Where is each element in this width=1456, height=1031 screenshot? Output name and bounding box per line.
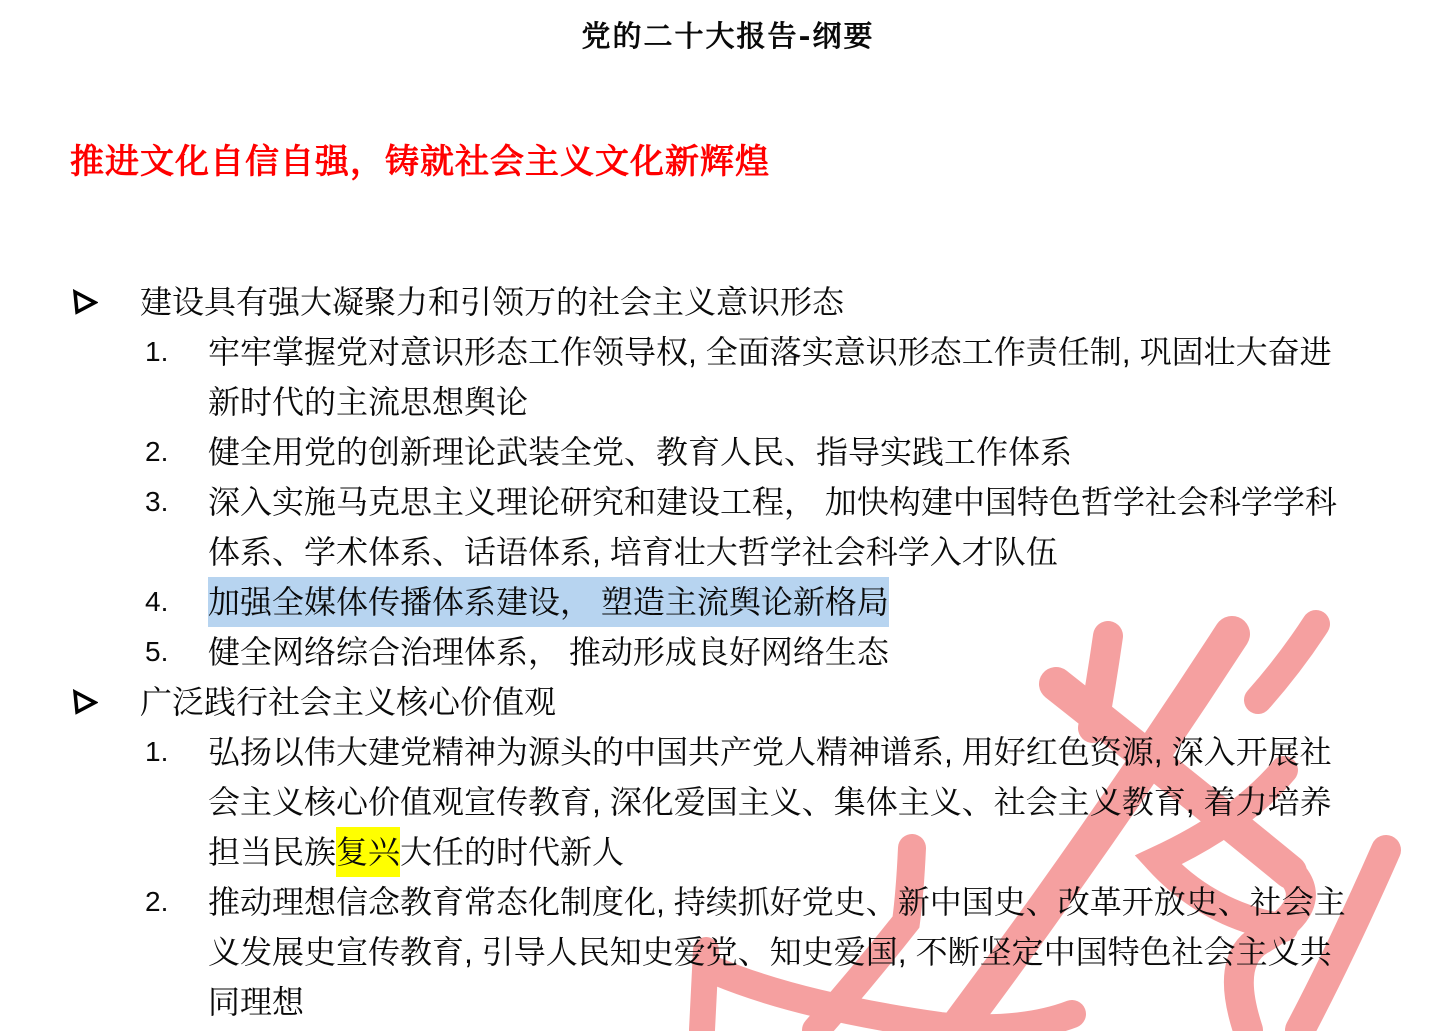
- item-number: [145, 377, 208, 427]
- list-item-line: 3.深入实施马克思主义理论研究和建设工程， 加快构建中国特色哲学社会科学学科: [145, 477, 1456, 527]
- item-number: 3.: [145, 477, 208, 527]
- item-text: 体系、学术体系、话语体系, 培育壮大哲学社会科学入才队伍: [208, 527, 1058, 577]
- section-label: 建设具有强大凝聚力和引领万的社会主义意识形态: [140, 277, 844, 327]
- list-item-line: 义发展史宣传教育, 引导人民知史爱党、知史爱国, 不断坚定中国特色社会主义共: [145, 927, 1456, 977]
- item-number: [145, 927, 208, 977]
- arrow-bullet: [72, 689, 140, 715]
- item-number: [145, 827, 208, 877]
- item-text: 健全用党的创新理论武装全党、教育人民、指导实践工作体系: [208, 427, 1072, 477]
- item-text: 弘扬以伟大建党精神为源头的中国共产党人精神谱系, 用好红色资源, 深入开展社: [208, 727, 1332, 777]
- highlighted-text: 复兴: [336, 827, 400, 877]
- item-number: [145, 527, 208, 577]
- item-number: 2.: [145, 877, 208, 927]
- item-text: 义发展史宣传教育, 引导人民知史爱党、知史爱国, 不断坚定中国特色社会主义共: [208, 927, 1332, 977]
- item-number: [145, 777, 208, 827]
- arrow-bullet-icon: [72, 289, 98, 315]
- arrow-bullet-icon: [72, 689, 98, 715]
- section-label: 广泛践行社会主义核心价值观: [140, 677, 556, 727]
- list-item-line: 2.健全用党的创新理论武装全党、教育人民、指导实践工作体系: [145, 427, 1456, 477]
- item-number: [145, 977, 208, 1027]
- item-text: 同理想: [208, 977, 304, 1027]
- item-text: 深入实施马克思主义理论研究和建设工程， 加快构建中国特色哲学社会科学学科: [208, 477, 1337, 527]
- item-number: 5.: [145, 627, 208, 677]
- item-number: 1.: [145, 727, 208, 777]
- section-heading: 推进文化自信自强，铸就社会主义文化新辉煌: [70, 142, 1456, 182]
- list-item-line: 会主义核心价值观宣传教育, 深化爱国主义、集体主义、社会主义教育, 着力培养: [145, 777, 1456, 827]
- section-bullet-row: 建设具有强大凝聚力和引领万的社会主义意识形态: [0, 277, 1456, 327]
- list-item-line: 4.加强全媒体传播体系建设， 塑造主流舆论新格局: [145, 577, 1456, 627]
- list-item-line: 1.牢牢掌握党对意识形态工作领导权, 全面落实意识形态工作责任制, 巩固壮大奋进: [145, 327, 1456, 377]
- section-bullet-row: 广泛践行社会主义核心价值观: [0, 677, 1456, 727]
- content-layer: 党的二十大报告-纲要 推进文化自信自强，铸就社会主义文化新辉煌 建设具有强大凝聚…: [0, 0, 1456, 1027]
- arrow-bullet: [72, 289, 140, 315]
- item-text: 大任的时代新人: [400, 827, 624, 877]
- list-item-line: 1.弘扬以伟大建党精神为源头的中国共产党人精神谱系, 用好红色资源, 深入开展社: [145, 727, 1456, 777]
- item-number: 4.: [145, 577, 208, 627]
- list-item-line: 体系、学术体系、话语体系, 培育壮大哲学社会科学入才队伍: [145, 527, 1456, 577]
- item-text: 新时代的主流思想舆论: [208, 377, 528, 427]
- highlighted-text: 加强全媒体传播体系建设， 塑造主流舆论新格局: [208, 577, 889, 627]
- item-text: 会主义核心价值观宣传教育, 深化爱国主义、集体主义、社会主义教育, 着力培养: [208, 777, 1332, 827]
- item-number: 2.: [145, 427, 208, 477]
- list-item-line: 5.健全网络综合治理体系， 推动形成良好网络生态: [145, 627, 1456, 677]
- list-item-line: 同理想: [145, 977, 1456, 1027]
- item-text: 推动理想信念教育常态化制度化, 持续抓好党史、新中国史、改革开放史、社会主: [208, 877, 1346, 927]
- item-text: 健全网络综合治理体系， 推动形成良好网络生态: [208, 627, 889, 677]
- document-page: 党的二十大报告-纲要 推进文化自信自强，铸就社会主义文化新辉煌 建设具有强大凝聚…: [0, 0, 1456, 1031]
- list-item-line: 2.推动理想信念教育常态化制度化, 持续抓好党史、新中国史、改革开放史、社会主: [145, 877, 1456, 927]
- list-item-line: 新时代的主流思想舆论: [145, 377, 1456, 427]
- item-number: 1.: [145, 327, 208, 377]
- document-title: 党的二十大报告-纲要: [0, 0, 1456, 56]
- list-item-line: 担当民族复兴大任的时代新人: [145, 827, 1456, 877]
- item-text: 牢牢掌握党对意识形态工作领导权, 全面落实意识形态工作责任制, 巩固壮大奋进: [208, 327, 1332, 377]
- outline-list: 建设具有强大凝聚力和引领万的社会主义意识形态1.牢牢掌握党对意识形态工作领导权,…: [0, 277, 1456, 1027]
- item-text: 担当民族: [208, 827, 336, 877]
